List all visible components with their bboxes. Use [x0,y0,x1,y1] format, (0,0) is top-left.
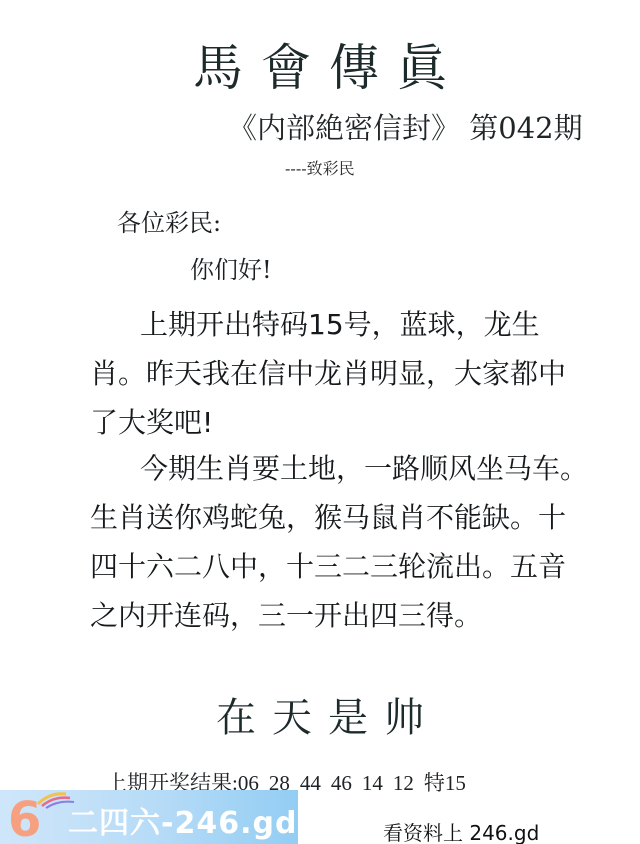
signature: 在天是帅 [0,686,640,743]
watermark-text: 二四六-246.gd [68,798,297,842]
paragraph-text: 上期开出特码15号，蓝球，龙生肖。昨天我在信中龙肖明显，大家都中了大奖吧! [90,308,566,439]
result-number: 14 [362,771,383,795]
special-number: 15 [445,771,466,795]
result-number: 44 [300,771,321,795]
special-label: 特 [424,771,445,795]
result-number: 46 [331,771,352,795]
dedication: ----致彩民 [285,156,355,179]
issue-number: 第042期 [469,111,582,145]
open-bracket: 《 [228,111,257,145]
watermark-banner: 6 二四六-246.gd [0,790,298,844]
salutation: 各位彩民: [117,203,221,238]
subtitle-line: 《内部絶密信封》 第042期 [228,106,583,147]
letter-paragraph-2: 今期生肖要土地，一路顺风坐马车。生肖送你鸡蛇兔，猴马鼠肖不能缺。十四十六二八中，… [90,444,590,640]
promo-text: 看资料上 246.gd [383,817,539,844]
subtitle-text: 内部絶密信封 [257,111,431,145]
close-bracket: 》 [431,111,460,145]
greeting: 你们好! [190,250,272,285]
document-title: 馬會傳眞 [0,28,640,100]
paragraph-text: 今期生肖要土地，一路顺风坐马车。生肖送你鸡蛇兔，猴马鼠肖不能缺。十四十六二八中，… [90,452,588,632]
result-number: 12 [393,771,414,795]
letter-paragraph-1: 上期开出特码15号，蓝球，龙生肖。昨天我在信中龙肖明显，大家都中了大奖吧! [90,300,590,447]
